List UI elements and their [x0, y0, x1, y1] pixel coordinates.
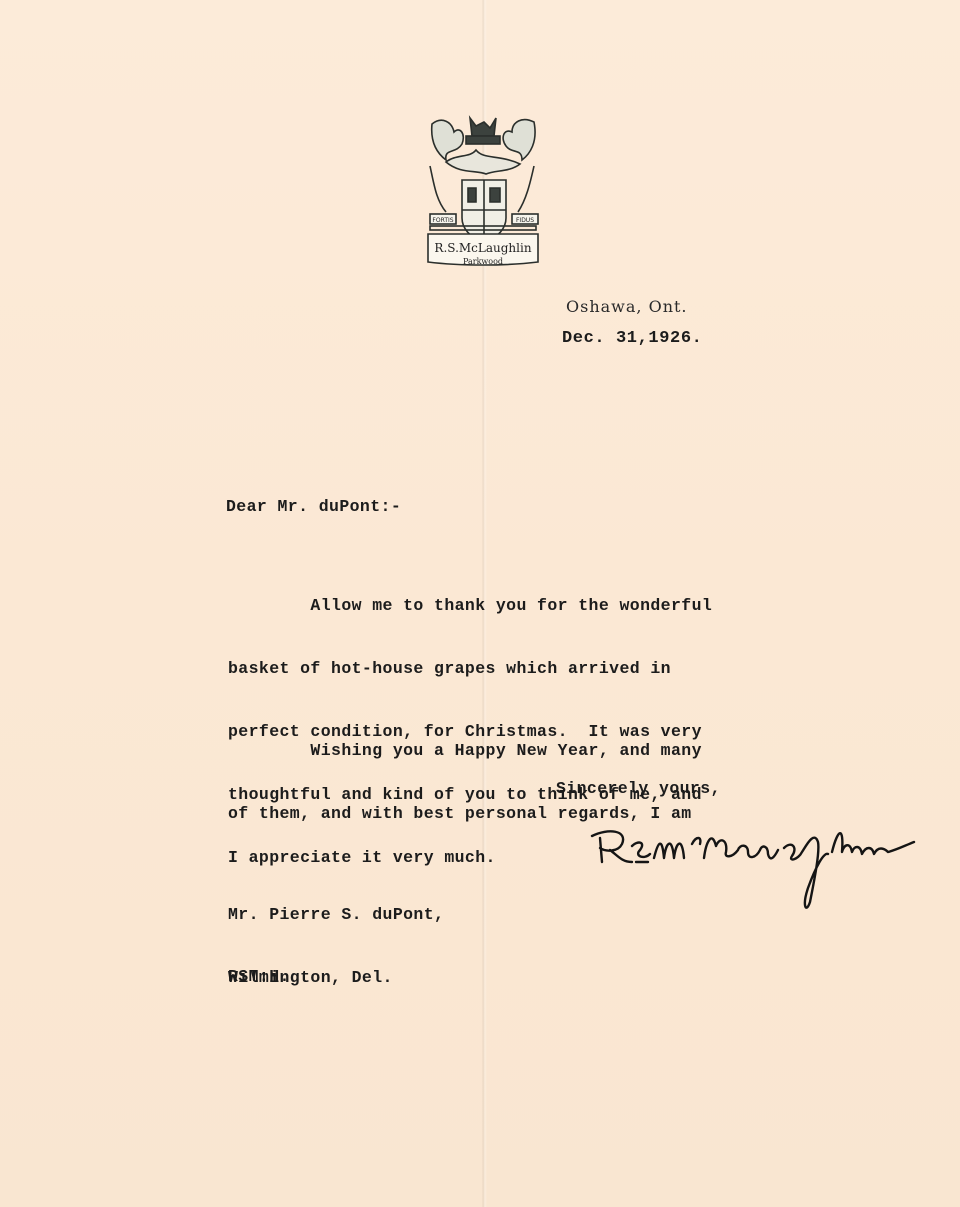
salutation: Dear Mr. duPont:-: [226, 496, 401, 517]
paragraph-line: basket of hot-house grapes which arrived…: [228, 658, 712, 679]
reference-initials: RSM:H.: [228, 966, 290, 987]
coat-of-arms-icon: R.S.McLaughlin Parkwood FORTIS FIDUS: [426, 114, 540, 276]
handwritten-signature: R.S.McLaughlin: [588, 822, 928, 914]
svg-text:FIDUS: FIDUS: [516, 217, 534, 224]
recipient-name: Mr. Pierre S. duPont,: [228, 904, 444, 925]
letter-date: Dec. 31,1926.: [562, 329, 702, 348]
paragraph-line: of them, and with best personal regards,…: [228, 803, 702, 824]
paragraph-line: Allow me to thank you for the wonderful: [228, 595, 712, 616]
svg-text:FORTIS: FORTIS: [432, 217, 453, 224]
closing: Sincerely yours,: [556, 778, 721, 799]
paragraph-line: Wishing you a Happy New Year, and many: [228, 740, 702, 761]
letterhead-name: R.S.McLaughlin: [434, 241, 531, 255]
letterhead-estate: Parkwood: [463, 257, 503, 266]
letter-place: Oshawa, Ont.: [566, 297, 688, 316]
